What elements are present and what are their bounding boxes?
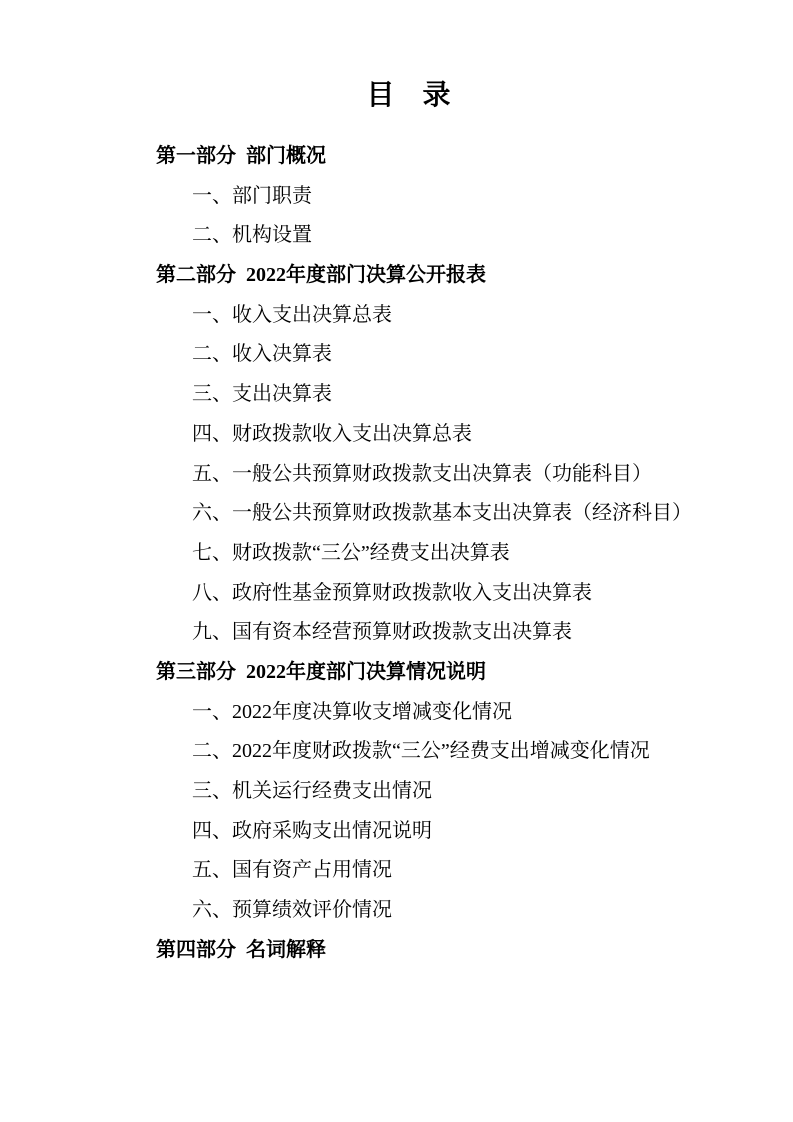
toc-item: 一、2022年度决算收支增减变化情况 <box>156 693 756 733</box>
toc-section-4-heading: 第四部分 名词解释 <box>156 931 756 971</box>
toc-item: 三、机关运行经费支出情况 <box>156 772 756 812</box>
toc-item: 二、2022年度财政拨款“三公”经费支出增减变化情况 <box>156 732 756 772</box>
toc-item: 一、部门职责 <box>156 177 756 217</box>
toc-section-2: 第二部分 2022年度部门决算公开报表 一、收入支出决算总表 二、收入决算表 三… <box>156 256 756 653</box>
toc-section-3-heading: 第三部分 2022年度部门决算情况说明 <box>156 653 756 693</box>
toc-item: 八、政府性基金预算财政拨款收入支出决算表 <box>156 574 756 614</box>
toc-item: 九、国有资本经营预算财政拨款支出决算表 <box>156 613 756 653</box>
toc-section-1-heading: 第一部分 部门概况 <box>156 137 756 177</box>
toc-item: 二、收入决算表 <box>156 335 756 375</box>
toc-section-4: 第四部分 名词解释 <box>156 931 756 971</box>
toc-item: 四、财政拨款收入支出决算总表 <box>156 415 756 455</box>
toc-item: 一、收入支出决算总表 <box>156 296 756 336</box>
page-title: 目 录 <box>12 78 793 112</box>
toc-item: 五、一般公共预算财政拨款支出决算表（功能科目） <box>156 455 756 495</box>
document-page: 目 录 第一部分 部门概况 一、部门职责 二、机构设置 第二部分 2022年度部… <box>0 0 793 1122</box>
toc-item: 三、支出决算表 <box>156 375 756 415</box>
table-of-contents: 第一部分 部门概况 一、部门职责 二、机构设置 第二部分 2022年度部门决算公… <box>156 137 756 970</box>
toc-section-3: 第三部分 2022年度部门决算情况说明 一、2022年度决算收支增减变化情况 二… <box>156 653 756 931</box>
toc-item: 四、政府采购支出情况说明 <box>156 812 756 852</box>
toc-item: 五、国有资产占用情况 <box>156 851 756 891</box>
toc-item: 七、财政拨款“三公”经费支出决算表 <box>156 534 756 574</box>
toc-section-2-heading: 第二部分 2022年度部门决算公开报表 <box>156 256 756 296</box>
toc-item: 六、预算绩效评价情况 <box>156 891 756 931</box>
toc-section-1: 第一部分 部门概况 一、部门职责 二、机构设置 <box>156 137 756 256</box>
toc-item: 六、一般公共预算财政拨款基本支出决算表（经济科目） <box>156 494 756 534</box>
toc-item: 二、机构设置 <box>156 216 756 256</box>
